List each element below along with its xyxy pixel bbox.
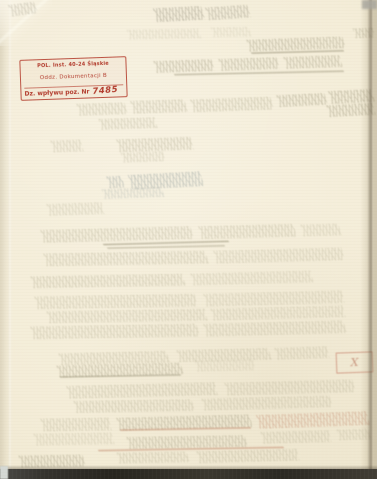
scan-edge-bottom [0, 469, 377, 479]
page-edge-left-highlight [9, 0, 11, 479]
registry-stamp: POL. Inst. 40-24 Śląskie Oddz. Dokumenta… [19, 56, 127, 101]
page-edge-right [360, 0, 377, 479]
document-scan: X POL. Inst. 40-24 Śląskie Oddz. Dokumen… [0, 0, 377, 479]
stamp-received-label: Dz. wpływu poz. Nr [24, 88, 89, 97]
stamp-line-2: Oddz. Dokumentacji B [24, 72, 123, 81]
stamp-line-1: POL. Inst. 40-24 Śląskie [23, 60, 122, 69]
stamp-received-row: Dz. wpływu poz. Nr 7485 [24, 84, 123, 98]
stamp-number: 7485 [92, 85, 118, 96]
corner-fold-highlight [0, 0, 52, 46]
ghost-box-glyph: X [350, 356, 358, 369]
bottom-left-backing [0, 466, 8, 479]
corner-patch-top-right [362, 0, 377, 9]
